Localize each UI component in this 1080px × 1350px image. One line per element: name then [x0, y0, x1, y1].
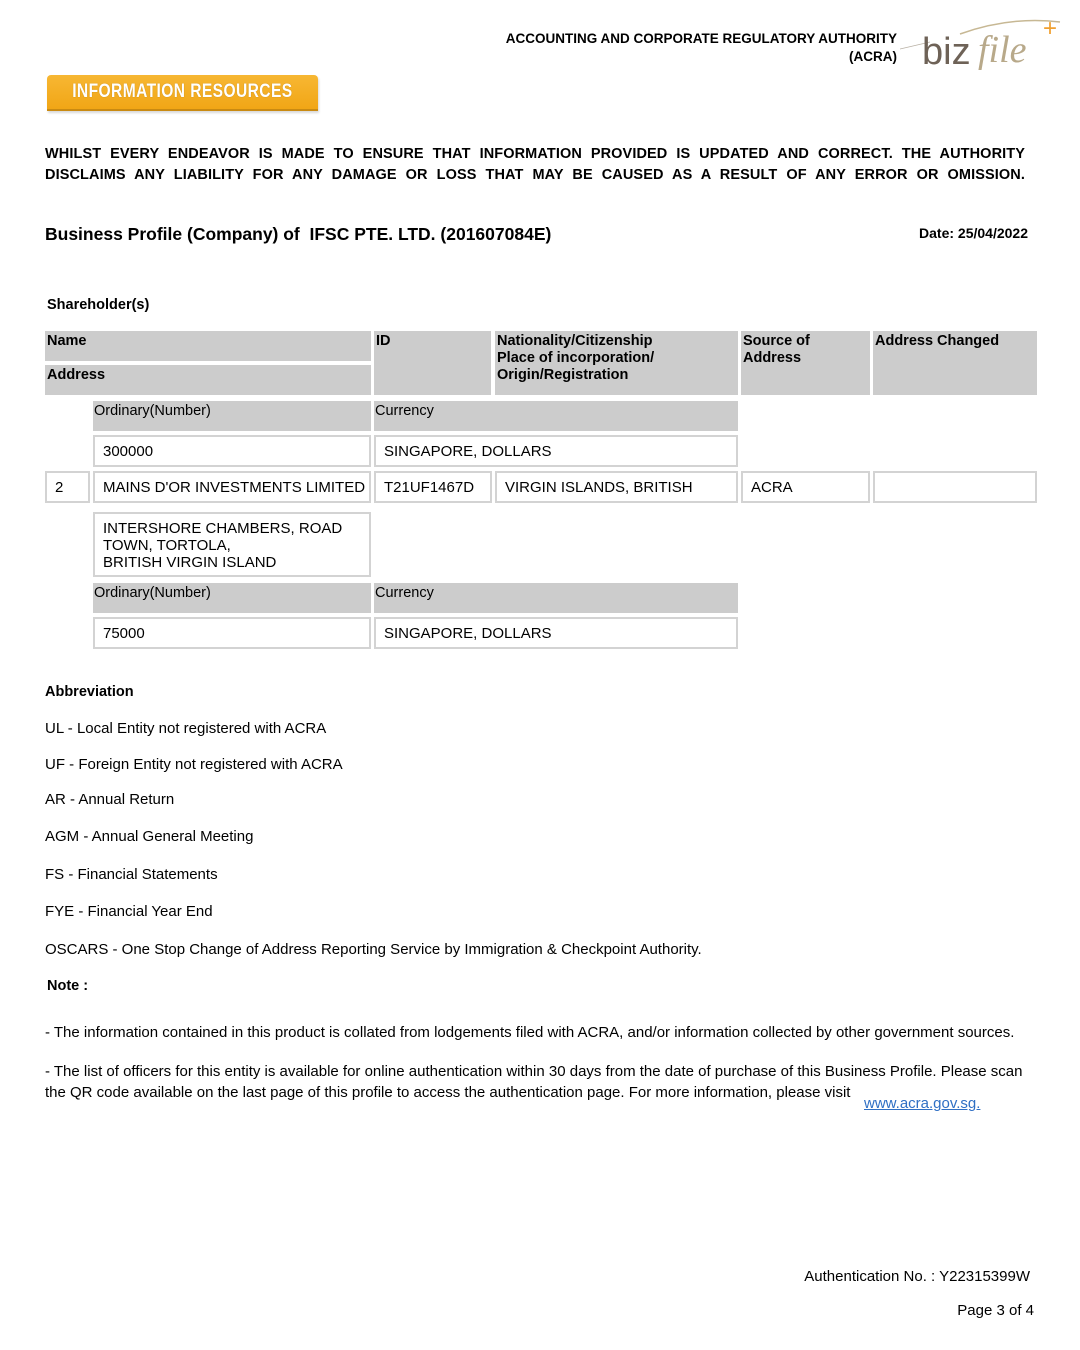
shareholder-address: INTERSHORE CHAMBERS, ROAD TOWN, TORTOLA,… [93, 512, 371, 577]
report-date: Date: 25/04/2022 [919, 225, 1028, 241]
header-nationality: Nationality/Citizenship Place of incorpo… [495, 331, 738, 395]
bizfile-logo-icon: biz file + [900, 14, 1070, 84]
header-source-line-2: Address [743, 350, 868, 367]
header-nationality-line-2: Place of incorporation/ [497, 350, 736, 367]
address-line-3: BRITISH VIRGIN ISLAND [103, 554, 361, 571]
authentication-number: Authentication No. : Y22315399W [804, 1268, 1030, 1285]
abbreviation-item: FS - Financial Statements [45, 866, 218, 883]
address-line-1: INTERSHORE CHAMBERS, ROAD [103, 520, 361, 537]
header-id: ID [374, 331, 491, 395]
abbreviation-item: FYE - Financial Year End [45, 903, 213, 920]
authority-line-1: ACCOUNTING AND CORPORATE REGULATORY AUTH… [506, 30, 897, 48]
subheader-ordinary-2: Ordinary(Number) [93, 583, 371, 613]
row-number: 2 [45, 471, 90, 503]
header-name: Name [45, 331, 371, 361]
bizfile-logo: biz file + [900, 14, 1070, 84]
profile-title: Business Profile (Company) of IFSC PTE. … [45, 224, 551, 245]
header-address-label: Address [47, 367, 105, 383]
disclaimer: WHILST EVERY ENDEAVOR IS MADE TO ENSURE … [45, 144, 1025, 186]
ordinary-value-2: 75000 [93, 617, 371, 649]
shareholder-nationality: VIRGIN ISLANDS, BRITISH [495, 471, 738, 503]
subheader-ordinary: Ordinary(Number) [93, 401, 371, 431]
abbreviation-item: AR - Annual Return [45, 791, 174, 808]
subheader-currency-2-label: Currency [375, 585, 434, 601]
header-nationality-line-1: Nationality/Citizenship [497, 333, 736, 350]
currency-value-2-text: SINGAPORE, DOLLARS [384, 625, 552, 642]
disclaimer-line-2: DISCLAIMS ANY LIABILITY FOR ANY DAMAGE O… [45, 165, 1025, 186]
subheader-ordinary-2-label: Ordinary(Number) [94, 585, 211, 601]
shareholder-name: MAINS D'OR INVESTMENTS LIMITED [93, 471, 371, 503]
header-address-changed: Address Changed [873, 331, 1037, 395]
note-title: Note : [47, 978, 88, 994]
header-source-of-address: Source of Address [741, 331, 870, 395]
svg-text:+: + [1043, 15, 1057, 42]
svg-text:file: file [978, 29, 1027, 71]
shareholder-name-text: MAINS D'OR INVESTMENTS LIMITED [103, 479, 365, 496]
abbreviation-item: UF - Foreign Entity not registered with … [45, 756, 343, 773]
disclaimer-line-1: WHILST EVERY ENDEAVOR IS MADE TO ENSURE … [45, 144, 1025, 165]
header-source-line-1: Source of [743, 333, 868, 350]
authority-line-2: (ACRA) [506, 48, 897, 66]
address-line-2: TOWN, TORTOLA, [103, 537, 361, 554]
abbreviation-title: Abbreviation [45, 684, 134, 700]
acra-website-link[interactable]: www.acra.gov.sg. [864, 1095, 980, 1112]
currency-value-2: SINGAPORE, DOLLARS [374, 617, 738, 649]
banner-label: INFORMATION RESOURCES [72, 75, 292, 109]
shareholder-id-text: T21UF1467D [384, 479, 474, 496]
header-nationality-line-3: Origin/Registration [497, 367, 736, 384]
abbreviation-item: OSCARS - One Stop Change of Address Repo… [45, 941, 702, 958]
subheader-currency-2: Currency [374, 583, 738, 613]
authority-name: ACCOUNTING AND CORPORATE REGULATORY AUTH… [506, 30, 897, 66]
header-id-label: ID [376, 333, 391, 349]
ordinary-value-text: 300000 [103, 443, 153, 460]
shareholder-id: T21UF1467D [374, 471, 492, 503]
subheader-currency-label: Currency [375, 403, 434, 419]
page-number: Page 3 of 4 [957, 1302, 1034, 1319]
ordinary-value: 300000 [93, 435, 371, 467]
information-resources-banner: INFORMATION RESOURCES [47, 75, 318, 111]
svg-text:biz: biz [922, 31, 971, 73]
subheader-ordinary-label: Ordinary(Number) [94, 403, 211, 419]
header-name-label: Name [47, 333, 87, 349]
shareholder-nationality-text: VIRGIN ISLANDS, BRITISH [505, 479, 693, 496]
row-number-text: 2 [55, 479, 63, 496]
shareholder-address-changed [873, 471, 1037, 503]
subheader-currency: Currency [374, 401, 738, 431]
shareholders-title: Shareholder(s) [47, 297, 149, 313]
note-item: - The information contained in this prod… [45, 1022, 1040, 1043]
abbreviation-item: UL - Local Entity not registered with AC… [45, 720, 326, 737]
shareholder-source-text: ACRA [751, 479, 793, 496]
ordinary-value-2-text: 75000 [103, 625, 145, 642]
header-address-changed-label: Address Changed [875, 333, 999, 349]
currency-value-text: SINGAPORE, DOLLARS [384, 443, 552, 460]
abbreviation-item: AGM - Annual General Meeting [45, 828, 253, 845]
header-address: Address [45, 365, 371, 395]
shareholder-source: ACRA [741, 471, 870, 503]
currency-value: SINGAPORE, DOLLARS [374, 435, 738, 467]
